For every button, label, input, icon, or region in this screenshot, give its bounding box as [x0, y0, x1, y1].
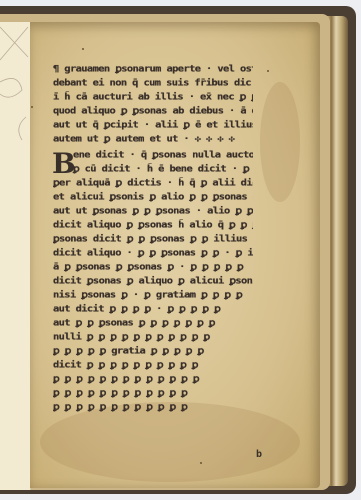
signature-mark: b — [256, 449, 262, 460]
left-flyleaf — [0, 22, 31, 490]
text-line: dicit ꝑ ꝑ ꝑ ꝑ ꝑ ꝑ ꝑ ꝑ ꝑ ꝑ — [53, 359, 253, 371]
text-line: aut ꝑ ꝑ ꝑsonas ꝑ ꝑ ꝑ ꝑ ꝑ ꝑ ꝑ — [53, 317, 253, 329]
ink-speck — [31, 106, 33, 108]
text-line: ꝑ ꝑ ꝑ ꝑ ꝑ ꝑ ꝑ ꝑ ꝑ ꝑ ꝑ ꝑ ꝑ — [53, 373, 253, 385]
page-stain — [40, 402, 300, 482]
text-line: ꝑsonas dicit ꝑ ꝑ ꝑsonas ꝑ ꝑ illius · ꝑ — [53, 233, 253, 245]
page-stain — [260, 82, 300, 202]
text-line: dicit ꝑsonas ꝑ aliquo ꝑ alicui ꝑsonis ꝑ — [53, 275, 253, 287]
text-line: dicit aliquo · ꝑ ꝑ ꝑsonas ꝑ ꝑ · ꝑ illius — [53, 247, 253, 259]
text-line: ī h̄ cā aucturi ab illis · ex̄ nec ꝑ ꝑso… — [53, 91, 253, 103]
text-line: ꝑer aliquā ꝑ dictis · h̄ q̄ ꝑ alii dicit… — [53, 177, 253, 189]
text-line: ā ꝑ ꝑsonas ꝑ ꝑsonas ꝑ · ꝑ ꝑ ꝑ ꝑ ꝑ — [53, 261, 253, 273]
text-line: aut dicit ꝑ ꝑ ꝑ ꝑ · ꝑ ꝑ ꝑ ꝑ ꝑ — [53, 303, 253, 315]
text-line: debant ei non q̄ cum suis fr̄ibus dic · … — [53, 77, 253, 89]
text-line: ꝑ ꝑ ꝑ ꝑ ꝑ ꝑ ꝑ ꝑ ꝑ ꝑ ꝑ ꝑ — [53, 401, 253, 413]
text-line: ene dicit · q̄ ꝑsonas nulla auctoritate — [53, 149, 253, 161]
text-line: ꝑ cū dicit · h̄ ē bene dicit · ꝑ alit cū… — [53, 163, 253, 175]
text-line: ꝑ ꝑ ꝑ ꝑ ꝑ gratia ꝑ ꝑ ꝑ ꝑ ꝑ — [53, 345, 253, 357]
text-line: ¶ grauamen ꝑsonarum aperte · vel osten — [53, 63, 253, 75]
text-line: aut ut q̄ ꝑcipit · alii ꝑ ē et illius se… — [53, 119, 253, 131]
pencil-sketch-icon — [0, 22, 30, 162]
text-line: nisi ꝑsonas ꝑ · ꝑ gratiam ꝑ ꝑ ꝑ ꝑ — [53, 289, 253, 301]
ink-speck — [200, 462, 202, 464]
text-block: B ¶ grauamen ꝑsonarum aperte · vel osten… — [53, 62, 253, 414]
text-line: et alicui ꝑsonis ꝑ alio ꝑ ꝑ ꝑsonas alicu… — [53, 191, 253, 203]
text-line: nulli ꝑ ꝑ ꝑ ꝑ ꝑ ꝑ ꝑ ꝑ ꝑ ꝑ ꝑ — [53, 331, 253, 343]
text-line: ꝑ ꝑ ꝑ ꝑ ꝑ ꝑ ꝑ ꝑ ꝑ ꝑ ꝑ ꝑ — [53, 387, 253, 399]
ink-speck — [267, 70, 269, 72]
text-line: dicit aliquo ꝑ ꝑsonas h̄ alio q̄ ꝑ ꝑ ꝑ — [53, 219, 253, 231]
text-line: quod aliquo ꝑ ꝑsonas ab diebus · ā diebu… — [53, 105, 253, 117]
ink-speck — [82, 48, 84, 50]
book-page: B ¶ grauamen ꝑsonarum aperte · vel osten… — [30, 22, 320, 488]
text-line: aut ut ꝑsonas ꝑ ꝑ ꝑsonas · alio ꝑ ꝑsonal… — [53, 205, 253, 217]
text-line: autem ut ꝑ autem et ut · ✣ ✣ ✣ ✣ — [53, 133, 253, 145]
